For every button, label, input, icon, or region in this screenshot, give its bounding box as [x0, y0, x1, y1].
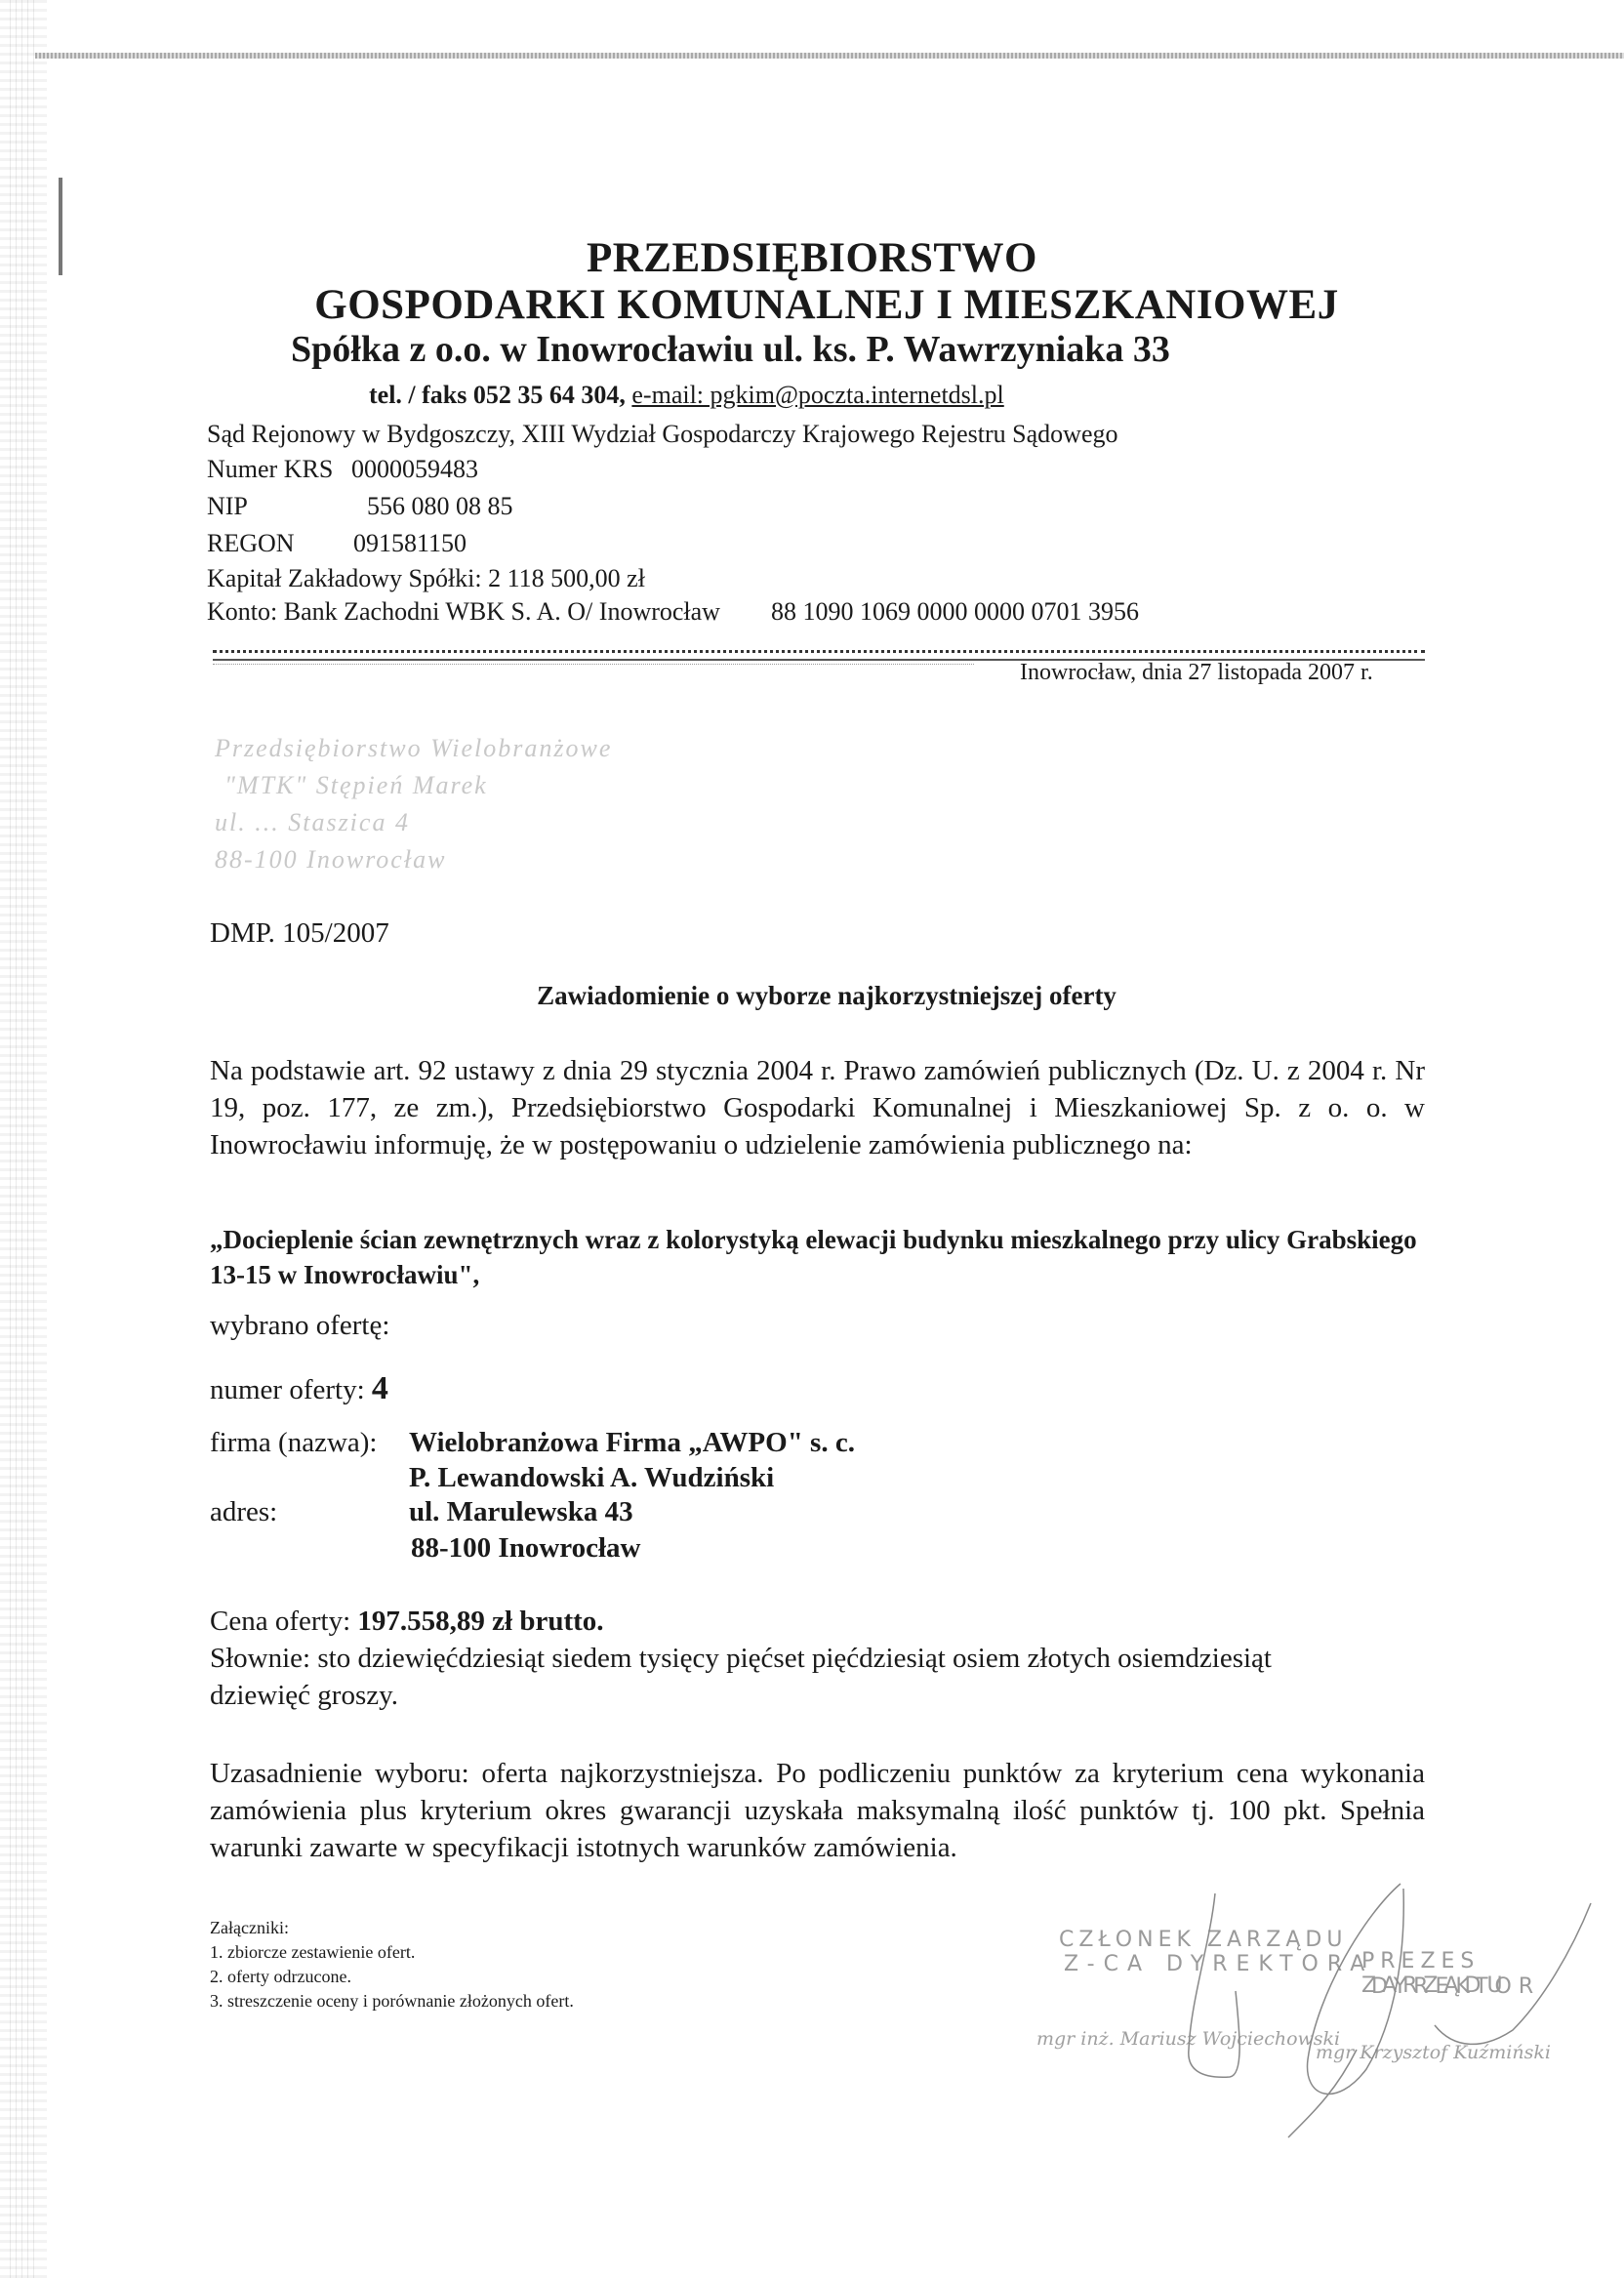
recipient-line: ul. ... Staszica 4 — [215, 808, 410, 837]
address-city-text: 88-100 Inowrocław — [411, 1532, 640, 1564]
price-in-words: Słownie: sto dziewięćdziesiąt siedem tys… — [210, 1640, 1283, 1714]
nip-row: NIP556 080 08 85 — [207, 492, 513, 521]
krs-value: 0000059483 — [351, 455, 478, 483]
company-name-line1: PRZEDSIĘBIORSTWO — [0, 234, 1624, 282]
email-link[interactable]: e-mail: pgkim@poczta.internetdsl.pl — [631, 381, 1003, 409]
intro-paragraph: Na podstawie art. 92 ustawy z dnia 29 st… — [210, 1052, 1425, 1163]
krs-row: Numer KRS0000059483 — [207, 455, 478, 484]
date-place: Inowrocław, dnia 27 listopada 2007 r. — [1020, 660, 1373, 686]
attachment-item: 2. oferty odrzucone. — [210, 1967, 351, 1987]
price-value: 197.558,89 zł brutto. — [357, 1606, 603, 1637]
company-address: Spółka z o.o. w Inowrocławiu ul. ks. P. … — [291, 328, 1170, 371]
regon-label: REGON — [207, 529, 353, 558]
share-capital: Kapitał Zakładowy Spółki: 2 118 500,00 z… — [207, 564, 645, 593]
offer-price: Cena oferty: 197.558,89 zł brutto. — [210, 1606, 604, 1638]
address-street: ul. Marulewska 43 — [409, 1496, 633, 1527]
company-label: firma (nazwa): — [210, 1427, 409, 1459]
price-label: Cena oferty: — [210, 1606, 357, 1637]
krs-label: Numer KRS — [207, 455, 351, 484]
scan-top-edge — [35, 53, 1624, 59]
attachment-item: 1. zbiorcze zestawienie ofert. — [210, 1942, 415, 1963]
company-contact: tel. / faks 052 35 64 304, e-mail: pgkim… — [369, 381, 1004, 410]
document-title: Zawiadomienie o wyborze najkorzystniejsz… — [0, 981, 1624, 1011]
bank-account-row: Konto: Bank Zachodni WBK S. A. O/ Inowro… — [207, 597, 1139, 627]
offer-number-value: 4 — [372, 1370, 388, 1406]
recipient-line: 88-100 Inowrocław — [215, 845, 446, 875]
recipient-line: Przedsiębiorstwo Wielobranżowe — [215, 734, 612, 763]
nip-value: 556 080 08 85 — [367, 492, 513, 520]
company-owners-text: P. Lewandowski A. Wudziński — [409, 1462, 774, 1493]
attachments-label: Załączniki: — [210, 1918, 289, 1938]
header-divider-secondary — [213, 664, 974, 666]
address-city: 88-100 Inowrocław — [411, 1532, 640, 1565]
address-label: adres: — [210, 1496, 409, 1528]
court-registration: Sąd Rejonowy w Bydgoszczy, XIII Wydział … — [207, 420, 1118, 449]
offer-number-row: numer oferty: 4 — [210, 1370, 388, 1407]
reference-number: DMP. 105/2007 — [210, 917, 389, 950]
bank-account-label: Konto: Bank Zachodni WBK S. A. O/ Inowro… — [207, 597, 720, 626]
scan-edge-noise — [10, 0, 35, 2278]
regon-value: 091581150 — [353, 529, 467, 557]
handwritten-signature-icon — [1171, 1854, 1601, 2147]
company-name-line2: GOSPODARKI KOMUNALNEJ I MIESZKANIOWEJ — [0, 281, 1624, 329]
phone-fax: tel. / faks 052 35 64 304, — [369, 381, 631, 409]
chosen-offer-label: wybrano ofertę: — [210, 1310, 389, 1342]
regon-row: REGON091581150 — [207, 529, 467, 558]
procurement-subject: „Docieplenie ścian zewnętrznych wraz z k… — [210, 1222, 1440, 1292]
recipient-line: "MTK" Stępień Marek — [224, 771, 488, 800]
company-name: Wielobranżowa Firma „AWPO" s. c. — [409, 1427, 855, 1458]
justification-paragraph: Uzasadnienie wyboru: oferta najkorzystni… — [210, 1755, 1425, 1866]
address-row: adres:ul. Marulewska 43 — [210, 1496, 633, 1528]
offer-number-label: numer oferty: — [210, 1374, 365, 1405]
nip-label: NIP — [207, 492, 367, 521]
company-row: firma (nazwa):Wielobranżowa Firma „AWPO"… — [210, 1427, 855, 1459]
company-owners: P. Lewandowski A. Wudziński — [409, 1462, 774, 1494]
bank-account-number: 88 1090 1069 0000 0000 0701 3956 — [771, 597, 1139, 626]
attachment-item: 3. streszczenie oceny i porównanie złożo… — [210, 1991, 574, 2012]
